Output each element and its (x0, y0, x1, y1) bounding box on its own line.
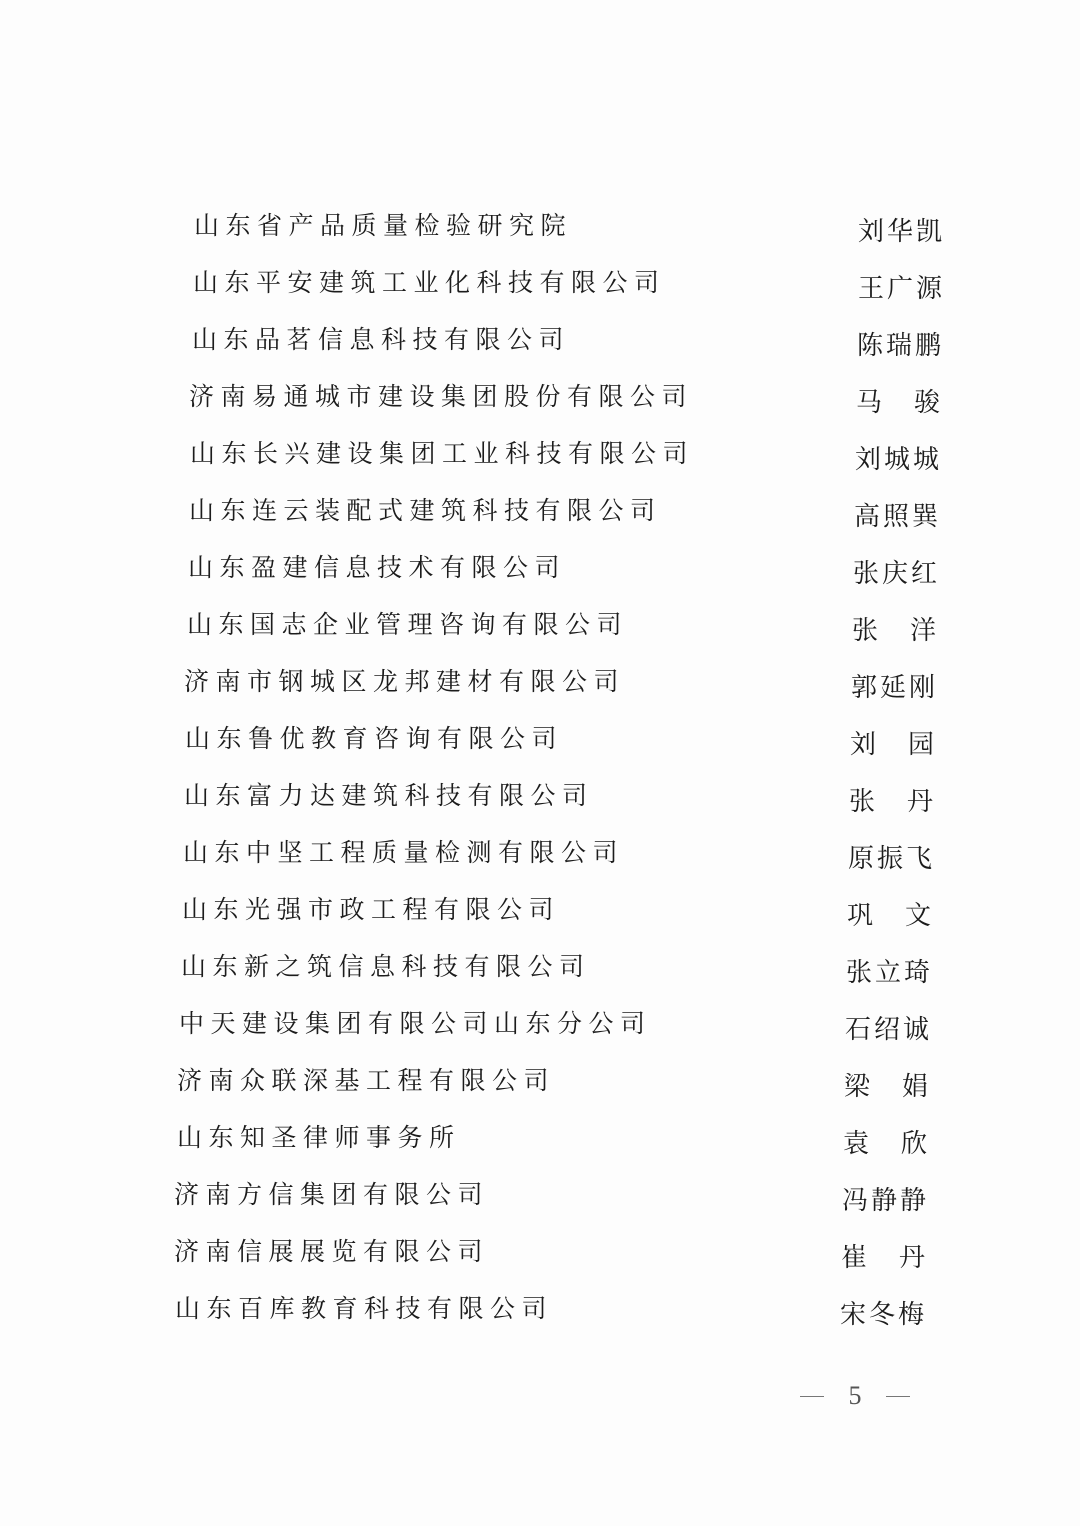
list-item: 山东光强市政工程有限公司 巩 文 (0, 890, 1080, 930)
list-item: 济南众联深基工程有限公司 梁 娟 (0, 1061, 1080, 1101)
organization-name: 山东富力达建筑科技有限公司 (184, 776, 594, 816)
list-item: 山东国志企业管理咨询有限公司 张 洋 (0, 605, 1080, 645)
list-item: 中天建设集团有限公司山东分公司 石绍诚 (0, 1004, 1080, 1044)
organization-name: 山东长兴建设集团工业科技有限公司 (190, 434, 694, 474)
list-item: 济南易通城市建设集团股份有限公司 马 骏 (0, 377, 1080, 417)
organization-name: 山东百库教育科技有限公司 (175, 1289, 553, 1329)
person-name: 张 丹 (849, 782, 949, 822)
organization-name: 山东品茗信息科技有限公司 (192, 320, 570, 360)
person-name: 郭延刚 (851, 668, 951, 708)
page-number-value: 5 (849, 1381, 862, 1411)
list-item: 山东富力达建筑科技有限公司 张 丹 (0, 776, 1080, 816)
organization-name: 济南信展展览有限公司 (174, 1232, 489, 1272)
list-item: 济南市钢城区龙邦建材有限公司 郭延刚 (0, 662, 1080, 702)
person-name: 石绍诚 (845, 1010, 945, 1050)
page-number: 5 (800, 1381, 910, 1411)
person-name: 张庆红 (853, 554, 953, 594)
person-name: 马 骏 (856, 383, 956, 423)
organization-name: 济南市钢城区龙邦建材有限公司 (184, 662, 625, 702)
list-item: 山东知圣律师事务所 袁 欣 (0, 1118, 1080, 1158)
person-name: 王广源 (858, 269, 958, 309)
organization-name: 济南方信集团有限公司 (174, 1175, 489, 1215)
list-item: 山东长兴建设集团工业科技有限公司 刘城城 (0, 434, 1080, 474)
person-name: 冯静静 (842, 1181, 942, 1221)
organization-name: 中天建设集团有限公司山东分公司 (179, 1004, 652, 1044)
organization-name: 济南易通城市建设集团股份有限公司 (189, 377, 693, 417)
person-name: 巩 文 (847, 896, 947, 936)
list-item: 山东中坚工程质量检测有限公司 原振飞 (0, 833, 1080, 873)
list-item: 山东品茗信息科技有限公司 陈瑞鹏 (0, 320, 1080, 360)
person-name: 梁 娟 (844, 1067, 944, 1107)
organization-name: 山东知圣律师事务所 (177, 1118, 461, 1158)
person-name: 崔 丹 (841, 1238, 941, 1278)
organization-name: 山东鲁优教育咨询有限公司 (185, 719, 563, 759)
person-name: 袁 欣 (843, 1124, 943, 1164)
organization-name: 山东省产品质量检验研究院 (194, 206, 572, 246)
person-name: 刘城城 (855, 440, 955, 480)
organization-name: 山东中坚工程质量检测有限公司 (183, 833, 624, 873)
dash-right (886, 1396, 910, 1397)
list-item: 济南信展展览有限公司 崔 丹 (0, 1232, 1080, 1272)
list-item: 山东平安建筑工业化科技有限公司 王广源 (0, 263, 1080, 303)
list-item: 山东百库教育科技有限公司 宋冬梅 (0, 1289, 1080, 1329)
list-item: 山东省产品质量检验研究院 刘华凯 (0, 206, 1080, 246)
organization-name: 山东盈建信息技术有限公司 (188, 548, 566, 588)
list-item: 山东新之筑信息科技有限公司 张立琦 (0, 947, 1080, 987)
person-name: 刘 园 (850, 725, 950, 765)
organization-name: 山东平安建筑工业化科技有限公司 (193, 263, 666, 303)
person-name: 宋冬梅 (840, 1295, 940, 1335)
person-name: 高照巽 (854, 497, 954, 537)
dash-left (800, 1396, 824, 1397)
list-item: 山东盈建信息技术有限公司 张庆红 (0, 548, 1080, 588)
organization-name: 山东光强市政工程有限公司 (182, 890, 560, 930)
person-name: 张立琦 (846, 953, 946, 993)
list-item: 济南方信集团有限公司 冯静静 (0, 1175, 1080, 1215)
organization-name: 济南众联深基工程有限公司 (177, 1061, 555, 1101)
person-name: 刘华凯 (858, 212, 958, 252)
person-name: 张 洋 (852, 611, 952, 651)
organization-name: 山东新之筑信息科技有限公司 (181, 947, 591, 987)
person-name: 陈瑞鹏 (857, 326, 957, 366)
list-item: 山东连云装配式建筑科技有限公司 高照巽 (0, 491, 1080, 531)
list-item: 山东鲁优教育咨询有限公司 刘 园 (0, 719, 1080, 759)
document-page: 山东省产品质量检验研究院 刘华凯 山东平安建筑工业化科技有限公司 王广源 山东品… (0, 0, 1080, 1526)
organization-name: 山东国志企业管理咨询有限公司 (187, 605, 628, 645)
organization-name: 山东连云装配式建筑科技有限公司 (189, 491, 662, 531)
person-name: 原振飞 (848, 839, 948, 879)
